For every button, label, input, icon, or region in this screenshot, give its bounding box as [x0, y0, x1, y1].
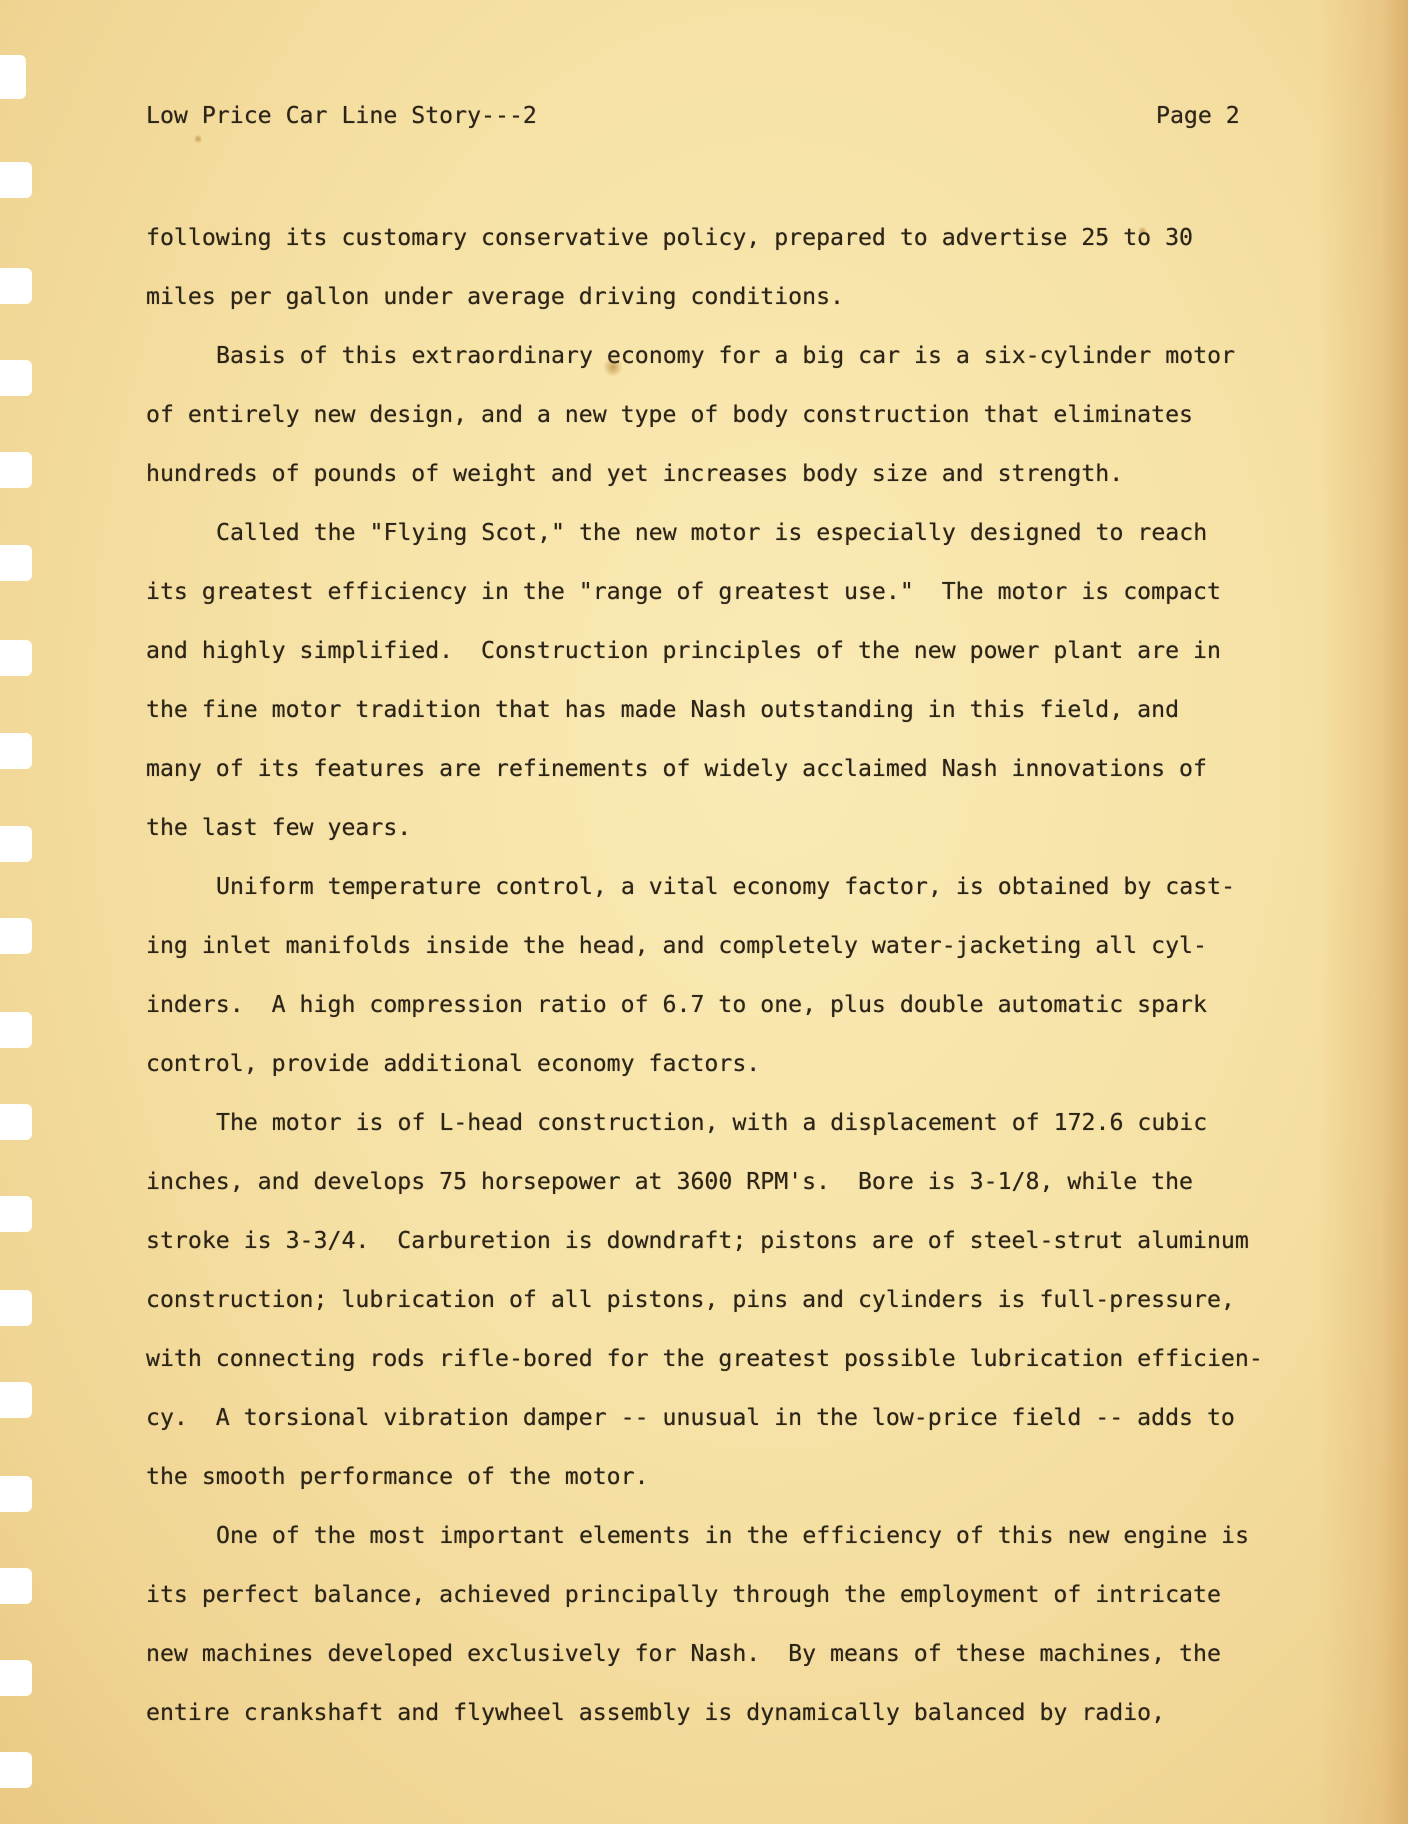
text-line: with connecting rods rifle-bored for the…	[146, 1347, 1326, 1406]
text-line: ing inlet manifolds inside the head, and…	[146, 934, 1326, 993]
text-line: inches, and develops 75 horsepower at 36…	[146, 1170, 1326, 1229]
binder-hole	[0, 640, 32, 676]
text-line: inders. A high compression ratio of 6.7 …	[146, 993, 1326, 1052]
binder-hole	[0, 1196, 32, 1232]
binder-hole	[0, 1104, 32, 1140]
binder-hole	[0, 1290, 32, 1326]
paragraph-first-line: One of the most important elements in th…	[146, 1524, 1326, 1583]
text-line: of entirely new design, and a new type o…	[146, 403, 1326, 462]
text-line: the last few years.	[146, 816, 1326, 875]
binder-hole	[0, 733, 32, 769]
text-line: control, provide additional economy fact…	[146, 1052, 1326, 1111]
paragraph-first-line: Basis of this extraordinary economy for …	[146, 344, 1326, 403]
paragraph-first-line: The motor is of L-head construction, wit…	[146, 1111, 1326, 1170]
binder-hole	[0, 162, 32, 198]
text-line: the smooth performance of the motor.	[146, 1465, 1326, 1524]
text-line: stroke is 3-3/4. Carburetion is downdraf…	[146, 1229, 1326, 1288]
binder-hole	[0, 1476, 32, 1512]
paragraph-first-line: Called the "Flying Scot," the new motor …	[146, 521, 1326, 580]
text-line: and highly simplified. Construction prin…	[146, 639, 1326, 698]
text-line: construction; lubrication of all pistons…	[146, 1288, 1326, 1347]
ink-spot	[194, 134, 202, 144]
text-line: its perfect balance, achieved principall…	[146, 1583, 1326, 1642]
paper-edge-shading	[1318, 0, 1408, 1824]
text-line: entire crankshaft and flywheel assembly …	[146, 1701, 1326, 1760]
document-body: following its customary conservative pol…	[146, 226, 1326, 1760]
paragraph-first-line: Uniform temperature control, a vital eco…	[146, 875, 1326, 934]
text-line: new machines developed exclusively for N…	[146, 1642, 1326, 1701]
binder-hole	[0, 1382, 32, 1418]
binder-hole	[0, 452, 32, 488]
binder-hole	[0, 1012, 32, 1048]
binder-hole	[0, 55, 26, 99]
binder-hole	[0, 826, 32, 862]
binder-hole	[0, 1568, 32, 1604]
text-line: its greatest efficiency in the "range of…	[146, 580, 1326, 639]
binder-hole	[0, 918, 32, 954]
binder-hole	[0, 268, 32, 304]
binder-hole	[0, 1752, 32, 1788]
binder-hole	[0, 545, 32, 581]
text-line: hundreds of pounds of weight and yet inc…	[146, 462, 1326, 521]
text-line: the fine motor tradition that has made N…	[146, 698, 1326, 757]
text-line: following its customary conservative pol…	[146, 226, 1326, 285]
text-line: many of its features are refinements of …	[146, 757, 1326, 816]
text-line: miles per gallon under average driving c…	[146, 285, 1326, 344]
page-number: Page 2	[1156, 104, 1240, 127]
binder-hole	[0, 360, 32, 396]
document-header-title: Low Price Car Line Story---2	[146, 104, 537, 127]
text-line: cy. A torsional vibration damper -- unus…	[146, 1406, 1326, 1465]
binder-hole	[0, 1660, 32, 1696]
